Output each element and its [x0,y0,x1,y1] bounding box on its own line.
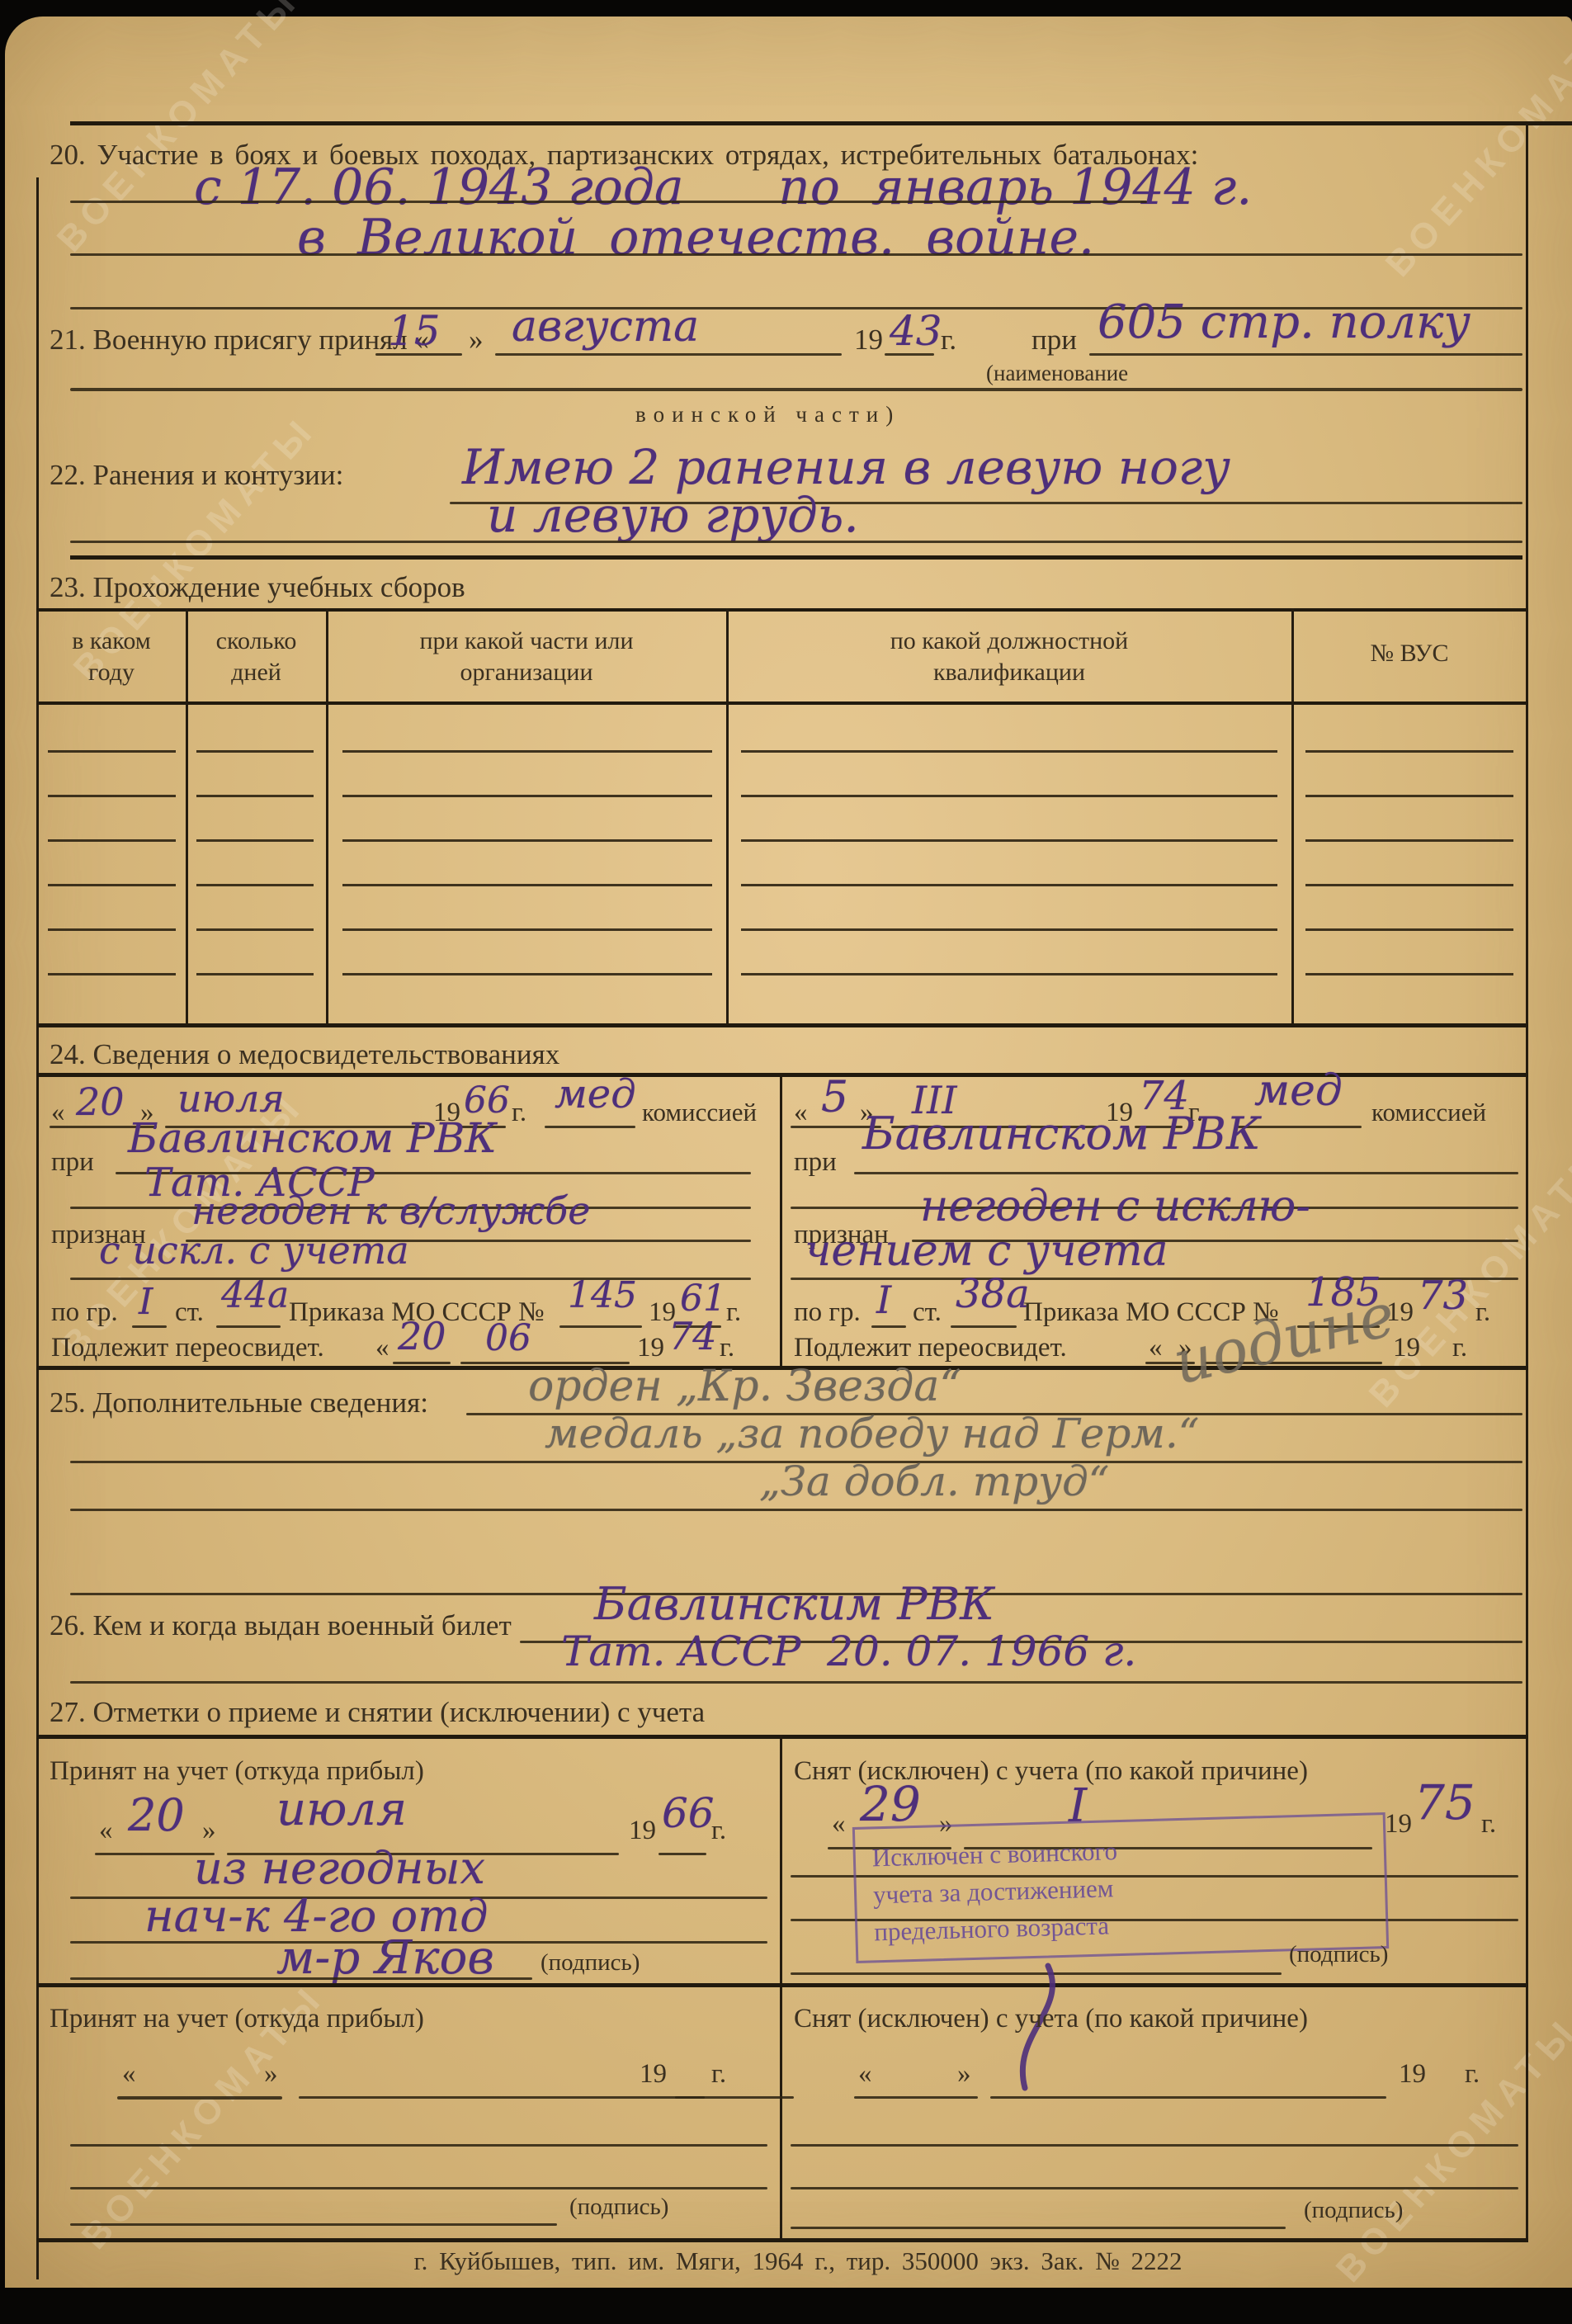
writing-line [70,541,1522,543]
header-line: году [88,659,135,686]
section-26-label: 26. Кем и когда выдан военный билет [50,1609,512,1642]
print-shop-imprint: г. Куйбышев, тип. им. Мяги, 1964 г., тир… [70,2246,1526,2276]
reexam-day-left: 20 [398,1314,446,1358]
blank-underline [132,1325,167,1328]
header-line: организации [460,659,592,686]
at-label-right: при [794,1147,837,1178]
table-top-rule [36,608,1528,612]
table-bottom-rule [36,1023,1528,1027]
med-handwriting-right: мед [1254,1066,1343,1116]
year-suffix: г. [512,1098,526,1128]
section-27-middle-rule [36,1983,1528,1987]
header-line: № ВУС [1371,640,1449,667]
quote-open: « [794,1098,808,1128]
section-22-text: Ранения и контузии: [93,459,344,491]
reexam-year-prefix-left: 19 [637,1333,664,1363]
accepted-title-2: Принят на учет (откуда прибыл) [50,2004,424,2034]
section-24-number: 24. [50,1038,86,1070]
group-value-left: I [139,1281,153,1323]
reexam-year-suffix-right: г. [1452,1333,1467,1363]
section-27-column-divider [780,1735,782,2241]
blank-underline [375,353,462,356]
right-border-rule [1526,124,1528,2241]
quote-open: « [832,1809,846,1840]
blank-underline [393,1362,451,1364]
order-year-suffix-right: г. [1475,1297,1490,1328]
reexam-year-left: 74 [668,1314,717,1358]
year-prefix: 19 [629,1816,656,1846]
writing-line [70,1509,1522,1511]
section-21-label: 21. Военную присягу принял « [50,324,429,357]
blank-underline [117,2096,282,2100]
order-year-suffix-left: г. [726,1297,741,1328]
quote-open: « [1149,1333,1163,1363]
wounds-handwriting-line2: и левую грудь. [487,487,859,543]
recognized-handwriting1-left: негоден к в/службе [191,1188,590,1233]
year-suffix: г. [1481,1809,1496,1840]
removed-title-2: Снят (исключен) с учета (по какой причин… [794,2004,1308,2034]
section-20-number: 20. [50,139,86,171]
unit-name-note: (наименование [986,361,1128,386]
recognized-handwriting1-right: негоден с исклю- [920,1182,1310,1231]
table-blank-lines-col3 [342,708,712,983]
year-suffix: г. [1465,2059,1480,2090]
section-26-number: 26. [50,1609,86,1641]
award-handwriting-line2: медаль „за победу над Герм.“ [545,1410,1199,1457]
table-header-rule [36,701,1528,705]
recognized-handwriting2-left: с искл. с учета [99,1228,409,1273]
signature-caption: (подпись) [1304,2197,1403,2224]
signature-caption: (подпись) [569,2194,668,2221]
signature-caption: (подпись) [541,1949,640,1977]
order-year-right: 73 [1418,1273,1468,1319]
oath-year-handwriting: 43 [890,307,942,355]
blank-underline [70,1977,532,1980]
section-24-column-divider [780,1073,782,1368]
removed-year-handwriting: 75 [1414,1774,1475,1830]
section-21-text: Военную присягу принял « [93,324,429,356]
year-suffix: г. [711,1816,726,1846]
scan-edge [0,2288,1572,2324]
writing-line [791,2187,1518,2189]
left-border-rule [36,177,39,2279]
award-handwriting-line3: „За добл. труд“ [759,1457,1109,1505]
table-header-unit: при какой части илиорганизации [328,626,725,688]
unit-name-handwriting: 605 стр. полку [1098,295,1471,349]
section-20-handwriting-line2: в Великой отечеств. войне. [297,209,1094,267]
reexam-month-left: 06 [485,1317,531,1359]
writing-line [70,1681,1522,1684]
unit-name-note-2: воинской части) [635,402,900,427]
table-header-qualification: по какой должностнойквалификации [729,626,1290,688]
section-24-title: 24. Сведения о медосвидетельствованиях [50,1038,559,1071]
blank-underline [885,353,934,356]
year-prefix: 19 [640,2059,667,2090]
at-label-left: при [51,1147,94,1178]
recognized-handwriting2-right: чением с учета [805,1226,1168,1276]
section-25-text: Дополнительные сведения: [93,1386,428,1419]
issuer-handwriting-line2: Тат. АССР 20. 07. 1966 г. [561,1627,1136,1675]
oath-day-handwriting: 15 [388,307,441,355]
blank-underline [559,1325,642,1328]
section-20-handwriting-line1: с 17. 06. 1943 года по январь 1944 г. [194,158,1252,216]
commission-label-right: комиссией [1371,1098,1486,1127]
quote-open: « [858,2059,872,2090]
section-27-text: Отметки о приеме и снятии (исключении) с… [93,1696,706,1728]
med-exam-day-right: 5 [821,1073,848,1122]
section-27-top-rule [36,1735,1528,1739]
blank-underline [791,1278,1518,1280]
table-header-days: сколькодней [188,626,324,688]
oath-month-handwriting: августа [512,302,699,352]
group-value-right: I [876,1278,891,1322]
year-prefix: 19 [1385,1809,1412,1840]
section-22-number: 22. [50,459,86,491]
article-value-right: 38а [956,1271,1030,1317]
table-blank-lines-col2 [196,708,314,983]
blank-underline [675,2096,705,2099]
quote-open: « [51,1098,65,1128]
blank-underline [854,1172,1518,1174]
section-22-label: 22. Ранения и контузии: [50,459,343,492]
blank-underline [70,1278,751,1280]
stamp-line: Исключен с воинского [871,1836,1117,1872]
award-handwriting-line1: орден „Кр. Звезда“ [528,1362,961,1411]
blank-underline [1089,353,1522,356]
table-header-vus: № ВУС [1294,640,1525,668]
article-label-right: ст. [913,1297,942,1328]
blank-underline [70,2223,557,2226]
accepted-year-handwriting: 66 [662,1789,715,1837]
header-line: дней [231,659,281,686]
table-header-year: в какомгоду [39,626,184,688]
reexam-label-right: Подлежит переосвидет. [794,1333,1067,1363]
blank-underline [951,1325,1017,1328]
stamp-line: предельного возраста [874,1911,1110,1946]
signature-caption: (подпись) [1289,1941,1388,1968]
section-24-text: Сведения о медосвидетельствованиях [93,1038,560,1070]
commission-place-left: Бавлинском РВК [128,1114,497,1162]
writing-line [70,253,1522,256]
quote-open: « [375,1333,389,1363]
table-blank-lines-col1 [48,708,176,983]
year-prefix: 19 [1399,2059,1426,2090]
at-unit-label: при [1031,324,1077,357]
blank-underline [990,2096,1386,2099]
writing-line [791,2144,1518,2147]
section-27-number: 27. [50,1696,86,1728]
blank-underline [871,1325,906,1328]
quote-close: » [469,324,484,357]
section-23-number: 23. [50,571,86,603]
removed-day-handwriting: 29 [860,1776,921,1832]
section-23-text: Прохождение учебных сборов [93,571,465,603]
header-line: при какой части или [419,627,633,654]
year-suffix: г. [711,2059,726,2090]
commission-place-right: Бавлинском РВК [862,1108,1261,1160]
quote-open: « [122,2059,136,2090]
header-line: в каком [72,627,151,654]
accepted-day-handwriting: 20 [128,1789,185,1841]
med-exam-day-left: 20 [76,1079,125,1124]
reexam-label-left: Подлежит переосвидет. [51,1333,324,1363]
section-27-title: 27. Отметки о приеме и снятии (исключени… [50,1696,705,1729]
quote-close: » [957,2059,971,2090]
group-label-right: по гр. [794,1297,861,1328]
blank-underline [299,2096,794,2099]
writing-line [70,2144,767,2147]
year-prefix: 19 [854,324,883,357]
blank-underline [216,1325,281,1328]
writing-line [70,2187,767,2189]
section-25-number: 25. [50,1386,86,1419]
blank-underline [545,1126,635,1128]
year-suffix: г. [941,324,956,357]
table-column-divider [1291,608,1294,1023]
article-value-left: 44а [221,1274,289,1316]
table-blank-lines-col4 [741,708,1277,983]
header-line: квалификации [933,659,1085,686]
commission-label-left: комиссией [642,1098,757,1127]
writing-line [70,388,1522,391]
order-number-left: 145 [568,1274,637,1316]
quote-close: » [264,2059,278,2090]
header-line: сколько [216,627,297,654]
blank-underline [495,353,842,356]
blank-underline [854,2096,978,2099]
med-handwriting-left: мед [555,1071,636,1117]
section-21-number: 21. [50,324,86,356]
accepted-month-handwriting: июля [276,1783,407,1836]
section-25-label: 25. Дополнительные сведения: [50,1386,428,1419]
section-26-text: Кем и когда выдан военный билет [93,1609,512,1641]
stamp-line: учета за достижением [873,1873,1114,1909]
blank-underline [659,1853,706,1855]
blank-underline [791,2227,1286,2229]
section-27-bottom-rule [36,2238,1528,2242]
reexam-year-suffix-left: г. [720,1333,734,1363]
table-blank-lines-col5 [1305,708,1513,983]
accepted-from-handwriting: из негодных [194,1842,485,1894]
group-label-left: по гр. [51,1297,118,1328]
article-label-left: ст. [175,1297,204,1328]
section-divider-rule [70,555,1522,560]
issuer-handwriting-line1: Бавлинским РВК [594,1578,994,1630]
section-23-title: 23. Прохождение учебных сборов [50,571,465,604]
quote-open: « [99,1816,113,1846]
top-border-rule [70,121,1572,125]
writing-line [70,201,1147,203]
header-line: по какой должностной [890,627,1129,654]
